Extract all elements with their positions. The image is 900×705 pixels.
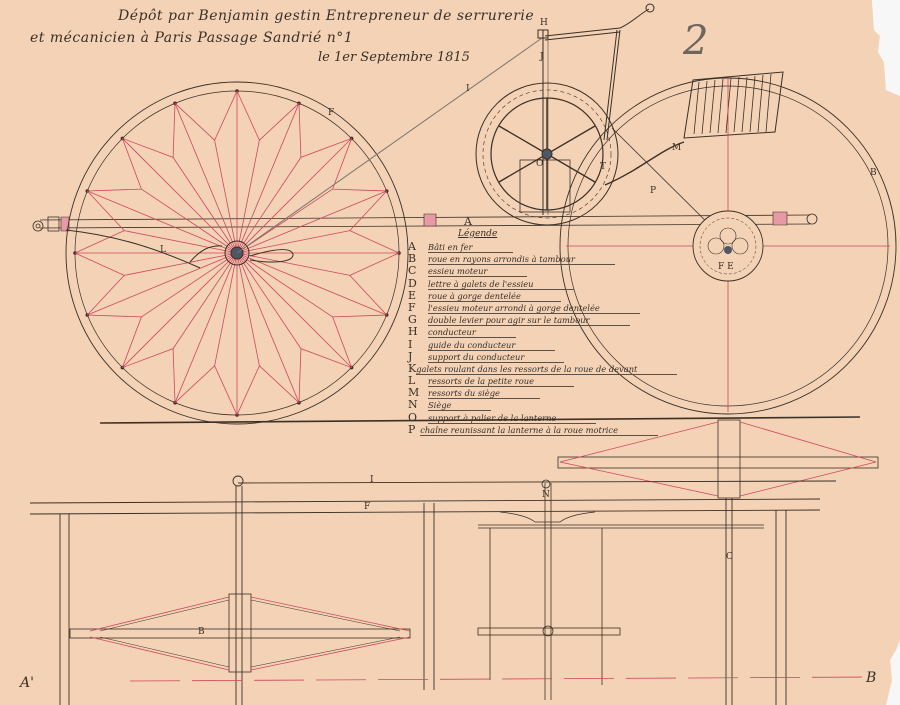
legend-letter: P	[408, 423, 420, 436]
legend-letter: D	[408, 277, 428, 290]
label-plan-pivot: N	[542, 490, 550, 500]
legend-letter: L	[408, 374, 428, 387]
label-seat-spring: M	[672, 143, 681, 153]
legend-item: Iguide du conducteur	[408, 338, 658, 350]
legend-letter: J	[408, 350, 428, 363]
legend-item: Gdouble levier pour agir sur le tambour	[408, 313, 658, 325]
legend-letter: F	[408, 301, 428, 314]
legend-letter: H	[408, 325, 428, 338]
legend-letter: N	[408, 398, 428, 411]
legend-text: lettre à galets de l'essieu	[428, 279, 574, 290]
sheet-number: 2	[683, 18, 708, 64]
legend-item: Broue en rayons arrondis à tambour	[408, 252, 658, 264]
legend-item: ABâti en fer	[408, 240, 658, 252]
deposit-title-line-1: Dépôt par Benjamin gestin Entrepreneur d…	[118, 8, 534, 24]
label-plan-rod: I	[370, 475, 374, 485]
label-frame: A	[464, 215, 472, 228]
legend-text: Siège	[428, 400, 491, 411]
legend-text: galets roulant dans les ressorts de la r…	[416, 364, 677, 375]
deposit-date: le 1er Septembre 1815	[318, 50, 470, 65]
legend-item: Hconducteur	[408, 325, 658, 337]
label-top-pivot: H	[540, 18, 548, 28]
legend-letter: G	[408, 313, 428, 326]
legend-item: Dlettre à galets de l'essieu	[408, 277, 658, 289]
legend-text: chaîne reunissant la lanterne à la roue …	[420, 425, 658, 436]
legend-text: essieu moteur	[428, 266, 527, 277]
label-small-wheel: T	[600, 162, 606, 172]
legend-item: Osupport à palier de la lanterne	[408, 411, 658, 423]
legend-item: Fl'essieu moteur arrondi à gorge dentelé…	[408, 301, 658, 313]
legend-letter: K	[408, 362, 416, 375]
deposit-title-line-2: et mécanicien à Paris Passage Sandrié n°…	[30, 30, 353, 46]
legend-text: support à palier de la lanterne	[428, 413, 596, 424]
legend-text: conducteur	[428, 327, 516, 338]
label-plan-hub: B	[198, 627, 205, 637]
legend-item: Jsupport du conducteur	[408, 350, 658, 362]
label-rear-hub: F E	[718, 262, 734, 272]
legend-item: Kgalets roulant dans les ressorts de la …	[408, 362, 658, 374]
legend-item: Mressorts du siège	[408, 386, 658, 398]
legend-item: Lressorts de la petite roue	[408, 374, 658, 386]
legend-item: NSiège	[408, 398, 658, 410]
legend-item: Cessieu moteur	[408, 264, 658, 276]
legend-text: guide du conducteur	[428, 340, 555, 351]
section-mark-left: A'	[20, 675, 34, 691]
legend-text: l'essieu moteur arrondi à gorge dentelée	[428, 303, 640, 314]
legend-text: Bâti en fer	[428, 242, 513, 253]
legend-item: Pchaîne reunissant la lanterne à la roue…	[408, 423, 658, 435]
legend-text: roue à gorge dentelée	[428, 291, 561, 302]
label-upper-link: I	[466, 84, 470, 94]
legend-letter: O	[408, 411, 428, 424]
legend-letter: I	[408, 338, 428, 351]
label-front-lever: L	[160, 245, 166, 255]
legend-text: roue en rayons arrondis à tambour	[428, 254, 615, 265]
legend-letter: B	[408, 252, 428, 265]
legend-text: support du conducteur	[428, 352, 564, 363]
legend-letter: C	[408, 264, 428, 277]
legend-text: ressorts du siège	[428, 388, 540, 399]
label-plan-axle: C	[726, 552, 733, 562]
section-mark-right: B	[866, 670, 876, 686]
legend-text: ressorts de la petite roue	[428, 376, 574, 387]
legend-letter: E	[408, 289, 428, 302]
label-front-wheel: F	[328, 108, 334, 118]
legend-text: double levier pour agir sur le tambour	[428, 315, 630, 326]
label-small-hub: O	[536, 159, 543, 169]
label-rear-wheel: B	[870, 168, 877, 178]
legend-item: Eroue à gorge dentelée	[408, 289, 658, 301]
legend-letter: M	[408, 386, 428, 399]
legend-letter: A	[408, 240, 428, 253]
label-plan-frame: F	[364, 502, 370, 512]
legend-list: ABâti en fer Broue en rayons arrondis à …	[408, 240, 658, 435]
label-support: J	[540, 52, 544, 62]
label-chain: P	[650, 186, 656, 196]
legend-title: Légende	[458, 229, 497, 239]
